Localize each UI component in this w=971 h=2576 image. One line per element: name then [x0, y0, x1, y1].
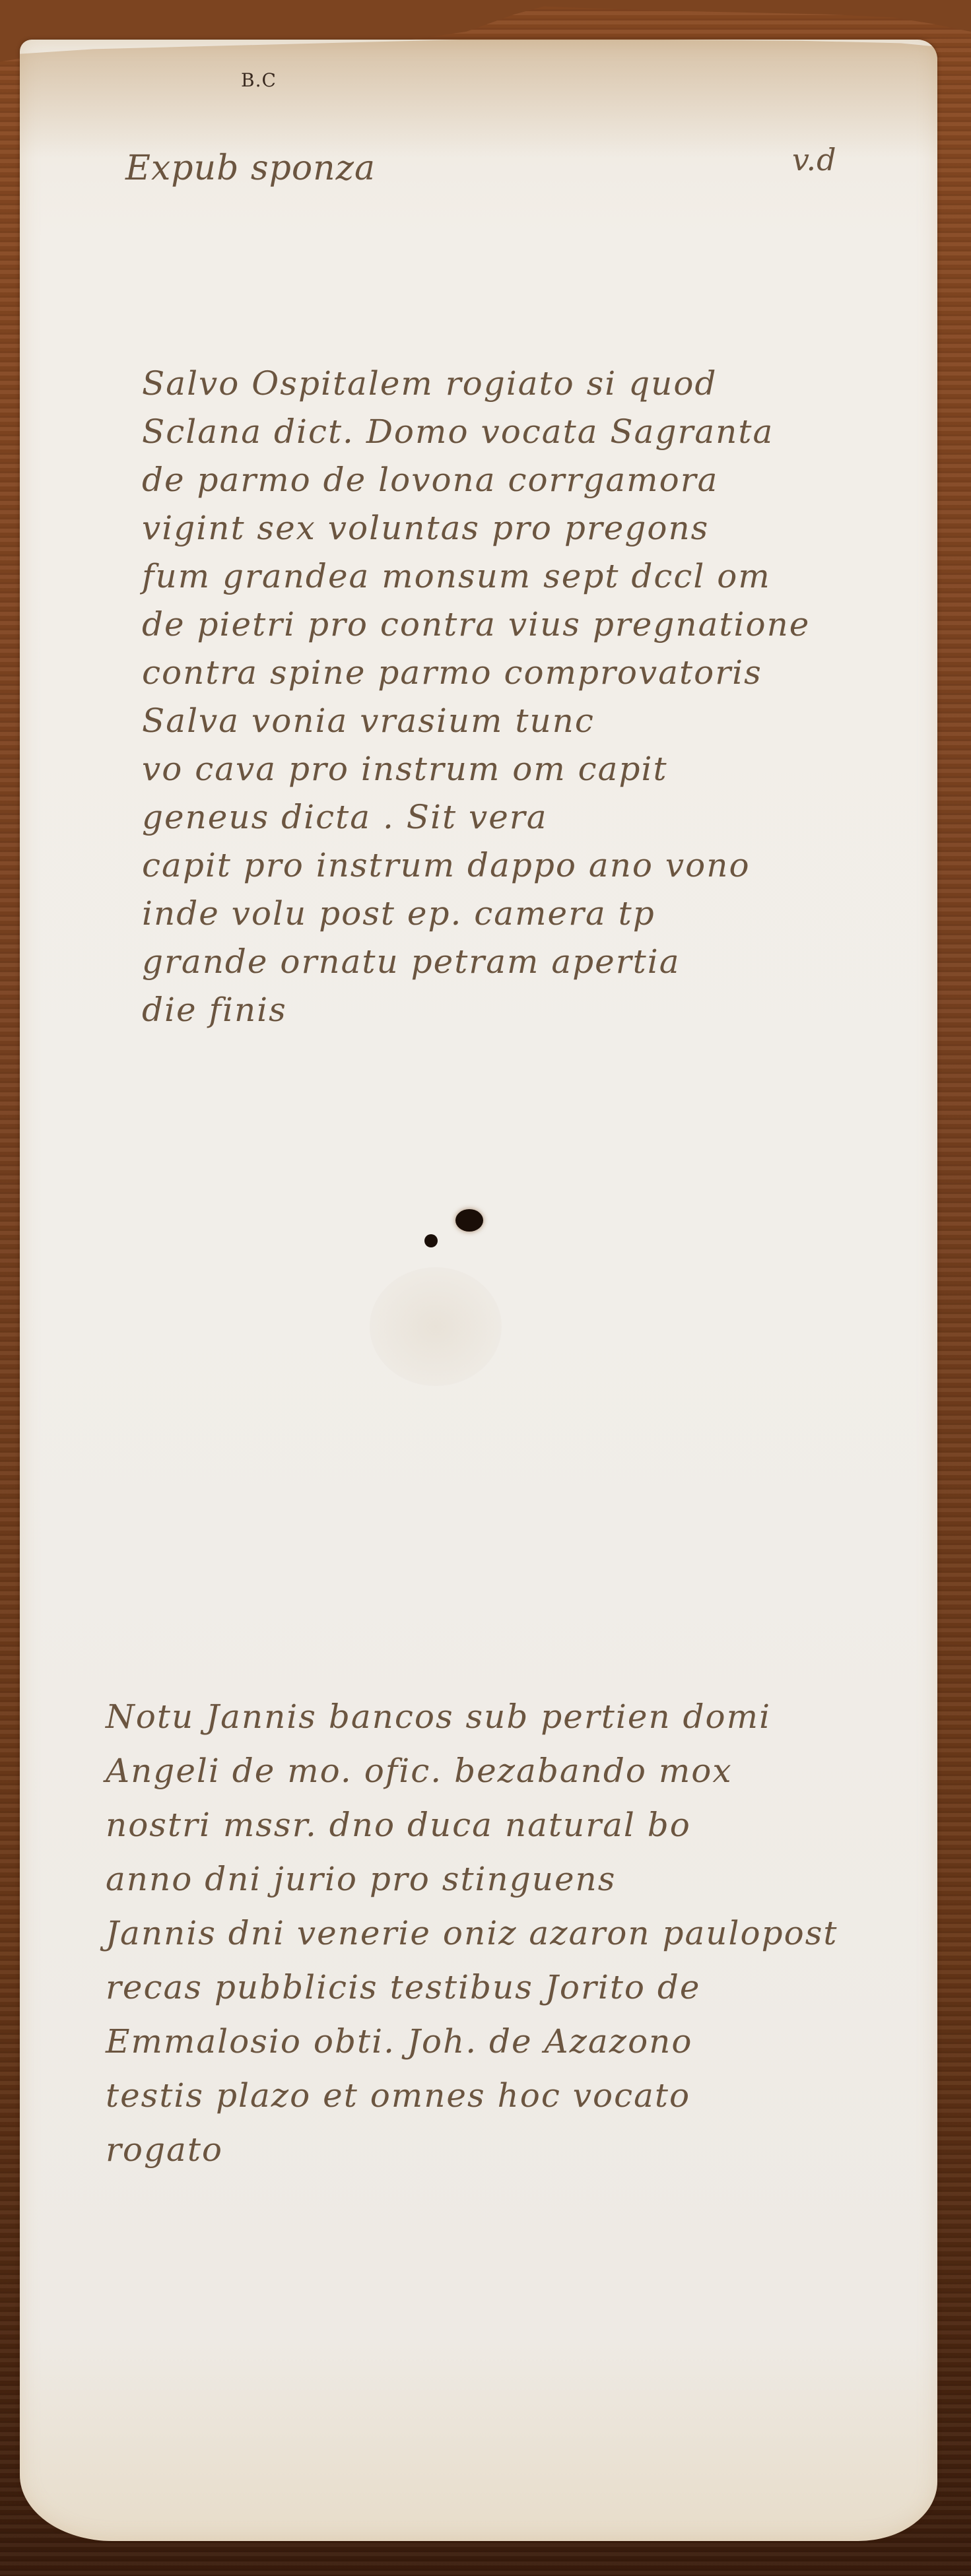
header-right-annotation: v.d [792, 142, 837, 178]
text-line: grande ornatu petram apertia [142, 938, 810, 986]
text-line: Jannis dni venerie oniz azaron paulopost [106, 1906, 838, 1960]
archive-mark: B.C [241, 69, 277, 91]
text-line: capit pro instrum dappo ano vono [142, 842, 810, 890]
paper-hole [455, 1209, 483, 1232]
text-line: testis plazo et omnes hoc vocato [106, 2068, 838, 2123]
text-block-1: Salvo Ospitalem rogiato si quod Sclana d… [142, 360, 810, 1034]
text-line: rogato [106, 2123, 838, 2177]
text-line: vigint sex voluntas pro pregons [142, 504, 810, 552]
text-line: recas pubblicis testibus Jorito de [106, 1960, 838, 2014]
paper-hole [424, 1234, 438, 1247]
text-line: Notu Jannis bancos sub pertien domi [106, 1690, 838, 1744]
text-line: geneus dicta . Sit vera [142, 793, 810, 842]
text-line: anno dni jurio pro stinguens [106, 1852, 838, 1906]
text-line: die finis [142, 986, 810, 1034]
text-line: de pietri pro contra vius pregnatione [142, 601, 810, 649]
text-block-2: Notu Jannis bancos sub pertien domi Ange… [106, 1690, 838, 2177]
text-line: Salvo Ospitalem rogiato si quod [142, 360, 810, 408]
text-line: Angeli de mo. ofic. bezabando mox [106, 1744, 838, 1798]
header-left-annotation: Expub sponza [125, 149, 376, 188]
text-line: nostri mssr. dno duca natural bo [106, 1798, 838, 1852]
text-line: vo cava pro instrum om capit [142, 745, 810, 793]
text-line: contra spine parmo comprovatoris [142, 649, 810, 697]
paper-stain [370, 1267, 502, 1386]
text-line: fum grandea monsum sept dccl om [142, 552, 810, 601]
text-line: Sclana dict. Domo vocata Sagranta [142, 408, 810, 456]
text-line: inde volu post ep. camera tp [142, 890, 810, 938]
text-line: de parmo de lovona corrgamora [142, 456, 810, 504]
text-line: Emmalosio obti. Joh. de Azazono [106, 2014, 838, 2068]
text-line: Salva vonia vrasium tunc [142, 697, 810, 745]
